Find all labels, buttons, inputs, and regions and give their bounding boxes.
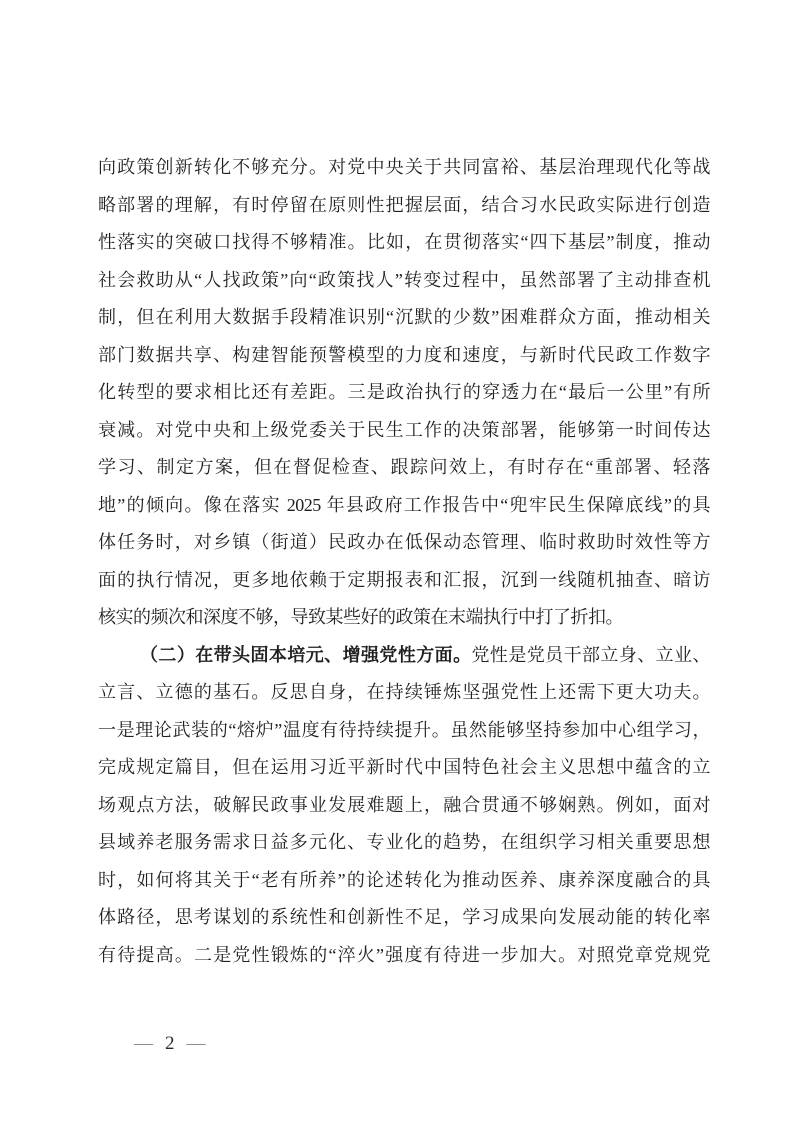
- document-page: 向政策创新转化不够充分。对党中央关于共同富裕、基层治理现代化等战略部署的理解，有…: [0, 0, 793, 1122]
- text-line-content: 社会救助从“人找政策”向“政策找人”转变过程中，虽然部署了主动排查机: [98, 270, 710, 290]
- text-line-content: 完成规定篇目，但在运用习近平新时代中国特色社会主义思想中蕴含的立: [98, 757, 710, 777]
- text-line-content: 立言、立德的基石。反思自身，在持续锤炼坚强党性上还需下更大功夫。: [98, 682, 710, 702]
- text-line-content: 一是理论武装的“熔炉”温度有待持续提升。虽然能够坚持参加中心组学习，: [98, 720, 710, 740]
- text-line: 制，但在利用大数据手段精准识别“沉默的少数”困难群众方面，推动相关: [98, 299, 710, 337]
- text-line-content: 衰减。对党中央和上级党委关于民生工作的决策部署，能够第一时间传达: [98, 420, 710, 440]
- text-line-content: 党性是党员干部立身、立业、: [472, 645, 711, 665]
- text-line-content: 场观点方法，破解民政事业发展难题上，融合贯通不够娴熟。例如，面对: [98, 795, 710, 815]
- text-line: 社会救助从“人找政策”向“政策找人”转变过程中，虽然部署了主动排查机: [98, 262, 710, 300]
- text-line-content: 地”的倾向。像在落实 2025 年县政府工作报告中“兜牢民生保障底线”的具: [98, 495, 710, 515]
- text-line: 体路径，思考谋划的系统性和创新性不足，学习成果向发展动能的转化率: [98, 899, 710, 937]
- text-line: 向政策创新转化不够充分。对党中央关于共同富裕、基层治理现代化等战: [98, 149, 710, 187]
- page-number-value: 2: [165, 1033, 175, 1054]
- text-line-content: 体路径，思考谋划的系统性和创新性不足，学习成果向发展动能的转化率: [98, 907, 710, 927]
- text-line: 核实的频次和深度不够，导致某些好的政策在末端执行中打了折扣。: [98, 599, 710, 637]
- text-line-content: 核实的频次和深度不够，导致某些好的政策在末端执行中打了折扣。: [98, 607, 623, 627]
- text-line: 体任务时，对乡镇（街道）民政办在低保动态管理、临时救助时效性等方: [98, 524, 710, 562]
- text-line-content: 县域养老服务需求日益多元化、专业化的趋势，在组织学习相关重要思想: [98, 832, 710, 852]
- text-line-content: 有待提高。二是党性锻炼的“淬火”强度有待进一步加大。对照党章党规党: [98, 945, 710, 965]
- page-number-dash-right: —: [187, 1033, 206, 1054]
- text-line: 略部署的理解，有时停留在原则性把握层面，结合习水民政实际进行创造: [98, 187, 710, 225]
- text-line-content: 性落实的突破口找得不够精准。比如，在贯彻落实“四下基层”制度，推动: [98, 232, 710, 252]
- text-line: 场观点方法，破解民政事业发展难题上，融合贯通不够娴熟。例如，面对: [98, 787, 710, 825]
- text-line-content: 体任务时，对乡镇（街道）民政办在低保动态管理、临时救助时效性等方: [98, 532, 710, 552]
- text-line: 面的执行情况，更多地依赖于定期报表和汇报，沉到一线随机抽查、暗访: [98, 562, 710, 600]
- page-number: —2—: [134, 1030, 206, 1058]
- text-line: 时，如何将其关于“老有所养”的论述转化为推动医养、康养深度融合的具: [98, 862, 710, 900]
- text-line: 有待提高。二是党性锻炼的“淬火”强度有待进一步加大。对照党章党规党: [98, 937, 710, 975]
- text-line: 衰减。对党中央和上级党委关于民生工作的决策部署，能够第一时间传达: [98, 412, 710, 450]
- text-line: 化转型的要求相比还有差距。三是政治执行的穿透力在“最后一公里”有所: [98, 374, 710, 412]
- text-line: 县域养老服务需求日益多元化、专业化的趋势，在组织学习相关重要思想: [98, 824, 710, 862]
- page-number-dash-left: —: [134, 1033, 153, 1054]
- text-line-content: 化转型的要求相比还有差距。三是政治执行的穿透力在“最后一公里”有所: [98, 382, 710, 402]
- text-line: 部门数据共享、构建智能预警模型的力度和速度，与新时代民政工作数字: [98, 337, 710, 375]
- text-line: 立言、立德的基石。反思自身，在持续锤炼坚强党性上还需下更大功夫。: [98, 674, 710, 712]
- text-line: （二）在带头固本培元、增强党性方面。党性是党员干部立身、立业、: [98, 637, 710, 675]
- body-text: 向政策创新转化不够充分。对党中央关于共同富裕、基层治理现代化等战略部署的理解，有…: [98, 149, 710, 974]
- section-heading: （二）在带头固本培元、增强党性方面。: [140, 645, 472, 665]
- text-line-content: 向政策创新转化不够充分。对党中央关于共同富裕、基层治理现代化等战: [98, 157, 710, 177]
- text-line: 一是理论武装的“熔炉”温度有待持续提升。虽然能够坚持参加中心组学习，: [98, 712, 710, 750]
- text-line-content: 学习、制定方案，但在督促检查、跟踪问效上，有时存在“重部署、轻落: [98, 457, 710, 477]
- text-line-content: 略部署的理解，有时停留在原则性把握层面，结合习水民政实际进行创造: [98, 195, 710, 215]
- text-line-content: 部门数据共享、构建智能预警模型的力度和速度，与新时代民政工作数字: [98, 345, 710, 365]
- text-line: 学习、制定方案，但在督促检查、跟踪问效上，有时存在“重部署、轻落: [98, 449, 710, 487]
- text-line: 完成规定篇目，但在运用习近平新时代中国特色社会主义思想中蕴含的立: [98, 749, 710, 787]
- text-line-content: 制，但在利用大数据手段精准识别“沉默的少数”困难群众方面，推动相关: [98, 307, 710, 327]
- text-line-content: 时，如何将其关于“老有所养”的论述转化为推动医养、康养深度融合的具: [98, 870, 710, 890]
- text-line: 性落实的突破口找得不够精准。比如，在贯彻落实“四下基层”制度，推动: [98, 224, 710, 262]
- text-line: 地”的倾向。像在落实 2025 年县政府工作报告中“兜牢民生保障底线”的具: [98, 487, 710, 525]
- text-line-content: 面的执行情况，更多地依赖于定期报表和汇报，沉到一线随机抽查、暗访: [98, 570, 710, 590]
